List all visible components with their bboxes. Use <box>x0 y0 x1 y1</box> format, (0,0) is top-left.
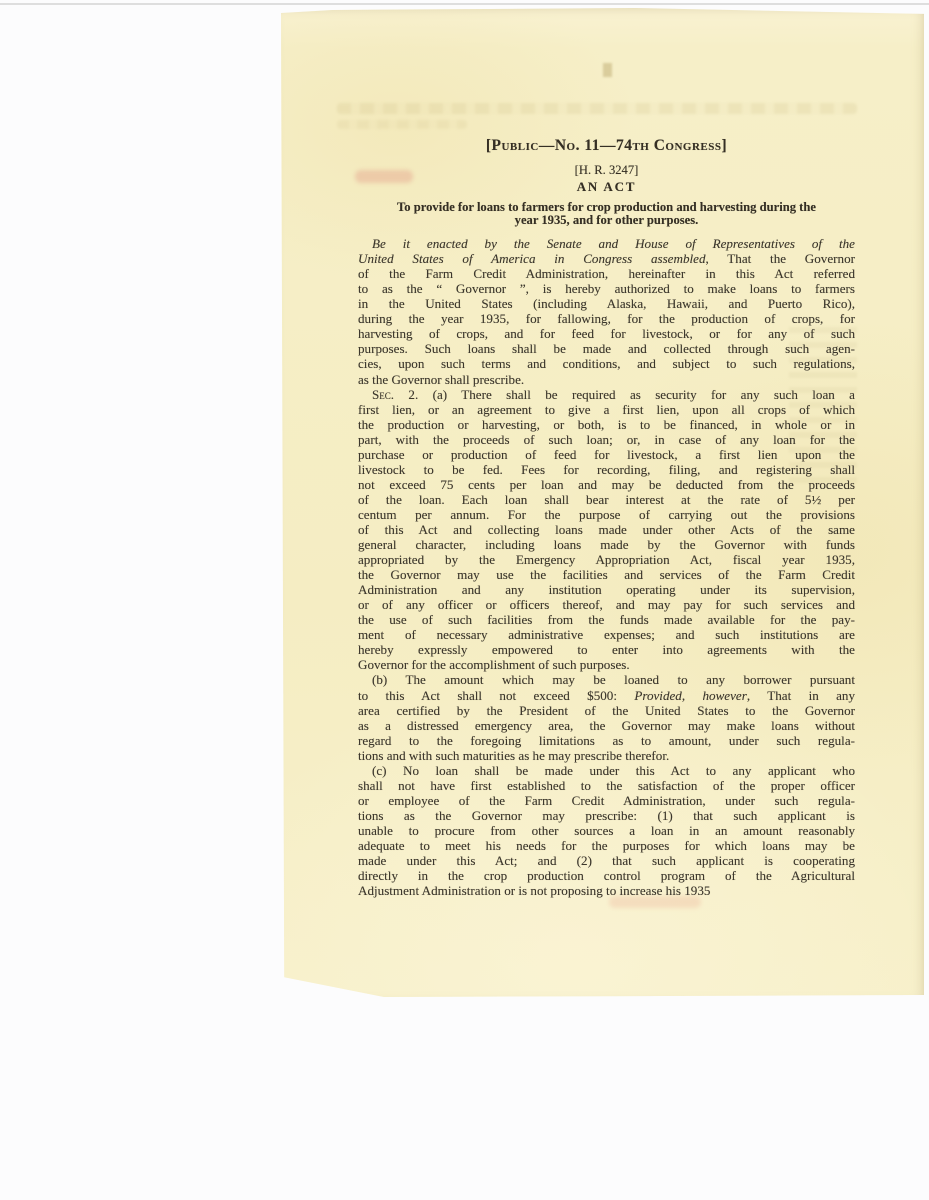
act-title-line: To provide for loans to farmers for crop… <box>358 201 855 214</box>
plain-text: of the Farm Credit Administration, herei… <box>358 266 855 281</box>
paragraph: Sec. 2. (a) There shall be required as s… <box>358 387 855 673</box>
act-title-line: year 1935, and for other purposes. <box>358 214 855 227</box>
plain-text: as a distressed emergency area, the Gove… <box>358 718 855 733</box>
plain-text: of this Act and collecting loans made un… <box>358 522 855 537</box>
text-line: (c) No loan shall be made under this Act… <box>358 763 855 778</box>
plain-text: to this Act shall not exceed $500: <box>358 688 634 703</box>
text-line: Administration and any institution opera… <box>358 582 855 597</box>
text-line: tions and with such maturities as he may… <box>358 748 855 763</box>
text-line: shall not have first established to the … <box>358 778 855 793</box>
document-body: Be it enacted by the Senate and House of… <box>358 236 855 898</box>
text-line: as a distressed emergency area, the Gove… <box>358 718 855 733</box>
plain-text: purchase or production of feed for lives… <box>358 447 855 462</box>
text-line: harvesting of crops, and for feed for li… <box>358 326 855 341</box>
document-content: [Public—No. 11—74th Congress] [H. R. 324… <box>358 8 855 898</box>
act-heading: AN ACT <box>358 180 855 194</box>
plain-text: centum per annum. For the purpose of car… <box>358 507 855 522</box>
plain-text: the production or harvesting, or both, i… <box>358 417 855 432</box>
italic-text: Be it enacted by the Senate and House of… <box>372 236 855 251</box>
italic-text: Provided, however <box>634 688 747 703</box>
text-line: the Governor may use the facilities and … <box>358 567 855 582</box>
text-line: made under this Act; and (2) that such a… <box>358 853 855 868</box>
plain-text: in the United States (including Alaska, … <box>358 296 855 311</box>
plain-text: appropriated by the Emergency Appropriat… <box>358 552 855 567</box>
plain-text: first lien, or an agreement to give a fi… <box>358 402 855 417</box>
text-line: or employee of the Farm Credit Administr… <box>358 793 855 808</box>
scan-edge-artifact <box>0 3 929 5</box>
plain-text: , That the Governor <box>706 251 855 266</box>
act-title: To provide for loans to farmers for crop… <box>358 201 855 227</box>
text-line: general character, including loans made … <box>358 537 855 552</box>
text-line: unable to procure from other sources a l… <box>358 823 855 838</box>
text-line: during the year 1935, for fallowing, for… <box>358 311 855 326</box>
plain-text: Administration and any institution opera… <box>358 582 855 597</box>
document-page: [Public—No. 11—74th Congress] [H. R. 324… <box>281 8 924 997</box>
plain-text: regard to the foregoing limitations as t… <box>358 733 855 748</box>
paragraph: (c) No loan shall be made under this Act… <box>358 763 855 898</box>
plain-text: hereby expressly empowered to enter into… <box>358 642 855 657</box>
plain-text: tions as the Governor may prescribe: (1)… <box>358 808 855 823</box>
text-line: or of any officer or officers thereof, a… <box>358 597 855 612</box>
text-line: area certified by the President of the U… <box>358 703 855 718</box>
text-line: the use of such facilities from the fund… <box>358 612 855 627</box>
text-line: the production or harvesting, or both, i… <box>358 417 855 432</box>
text-line: of this Act and collecting loans made un… <box>358 522 855 537</box>
plain-text: of the loan. Each loan shall bear intere… <box>358 492 855 507</box>
text-line: Sec. 2. (a) There shall be required as s… <box>358 387 855 402</box>
plain-text: (c) No loan shall be made under this Act… <box>372 763 855 778</box>
text-line: as the Governor shall prescribe. <box>358 372 855 387</box>
plain-text: the Governor may use the facilities and … <box>358 567 855 582</box>
text-line: purposes. Such loans shall be made and c… <box>358 341 855 356</box>
text-line: part, with the proceeds of such loan; or… <box>358 432 855 447</box>
plain-text: 2. (a) There shall be required as securi… <box>394 387 855 402</box>
plain-text: made under this Act; and (2) that such a… <box>358 853 855 868</box>
plain-text: as the Governor shall prescribe. <box>358 372 524 387</box>
text-line: Governor for the accomplishment of such … <box>358 657 855 672</box>
plain-text: part, with the proceeds of such loan; or… <box>358 432 855 447</box>
plain-text: or employee of the Farm Credit Administr… <box>358 793 855 808</box>
text-line: United States of America in Congress ass… <box>358 251 855 266</box>
plain-text: during the year 1935, for fallowing, for… <box>358 311 855 326</box>
bill-number-heading: [H. R. 3247] <box>358 163 855 177</box>
plain-text: the use of such facilities from the fund… <box>358 612 855 627</box>
plain-text: adequate to meet his needs for the purpo… <box>358 838 855 853</box>
plain-text: (b) The amount which may be loaned to an… <box>372 672 855 687</box>
text-line: (b) The amount which may be loaned to an… <box>358 672 855 687</box>
plain-text: unable to procure from other sources a l… <box>358 823 855 838</box>
text-line: hereby expressly empowered to enter into… <box>358 642 855 657</box>
plain-text: general character, including loans made … <box>358 537 855 552</box>
plain-text: Adjustment Administration or is not prop… <box>358 883 710 898</box>
text-line: ment of necessary administrative expense… <box>358 627 855 642</box>
text-line: of the Farm Credit Administration, herei… <box>358 266 855 281</box>
paragraph: (b) The amount which may be loaned to an… <box>358 672 855 762</box>
text-line: regard to the foregoing limitations as t… <box>358 733 855 748</box>
text-line: cies, upon such terms and conditions, an… <box>358 356 855 371</box>
text-line: first lien, or an agreement to give a fi… <box>358 402 855 417</box>
text-line: purchase or production of feed for lives… <box>358 447 855 462</box>
plain-text: directly in the crop production control … <box>358 868 855 883</box>
plain-text: shall not have first established to the … <box>358 778 855 793</box>
text-line: to as the “ Governor ”, is hereby author… <box>358 281 855 296</box>
plain-text: ment of necessary administrative expense… <box>358 627 855 642</box>
plain-text: cies, upon such terms and conditions, an… <box>358 356 855 371</box>
plain-text: tions and with such maturities as he may… <box>358 748 669 763</box>
plain-text: or of any officer or officers thereof, a… <box>358 597 855 612</box>
plain-text: purposes. Such loans shall be made and c… <box>358 341 855 356</box>
text-line: livestock to be fed. Fees for recording,… <box>358 462 855 477</box>
text-line: centum per annum. For the purpose of car… <box>358 507 855 522</box>
small-caps-text: Sec. <box>372 387 394 402</box>
text-line: adequate to meet his needs for the purpo… <box>358 838 855 853</box>
text-line: in the United States (including Alaska, … <box>358 296 855 311</box>
plain-text: livestock to be fed. Fees for recording,… <box>358 462 855 477</box>
plain-text: , That in any <box>747 688 855 703</box>
public-law-heading: [Public—No. 11—74th Congress] <box>358 137 855 154</box>
text-line: of the loan. Each loan shall bear intere… <box>358 492 855 507</box>
text-line: Adjustment Administration or is not prop… <box>358 883 855 898</box>
plain-text: harvesting of crops, and for feed for li… <box>358 326 855 341</box>
text-line: directly in the crop production control … <box>358 868 855 883</box>
italic-text: United States of America in Congress ass… <box>358 251 706 266</box>
text-line: Be it enacted by the Senate and House of… <box>358 236 855 251</box>
text-line: appropriated by the Emergency Appropriat… <box>358 552 855 567</box>
plain-text: not exceed 75 cents per loan and may be … <box>358 477 855 492</box>
paragraph: Be it enacted by the Senate and House of… <box>358 236 855 386</box>
plain-text: Governor for the accomplishment of such … <box>358 657 630 672</box>
plain-text: area certified by the President of the U… <box>358 703 855 718</box>
text-line: tions as the Governor may prescribe: (1)… <box>358 808 855 823</box>
plain-text: to as the “ Governor ”, is hereby author… <box>358 281 855 296</box>
text-line: to this Act shall not exceed $500: Provi… <box>358 688 855 703</box>
text-line: not exceed 75 cents per loan and may be … <box>358 477 855 492</box>
